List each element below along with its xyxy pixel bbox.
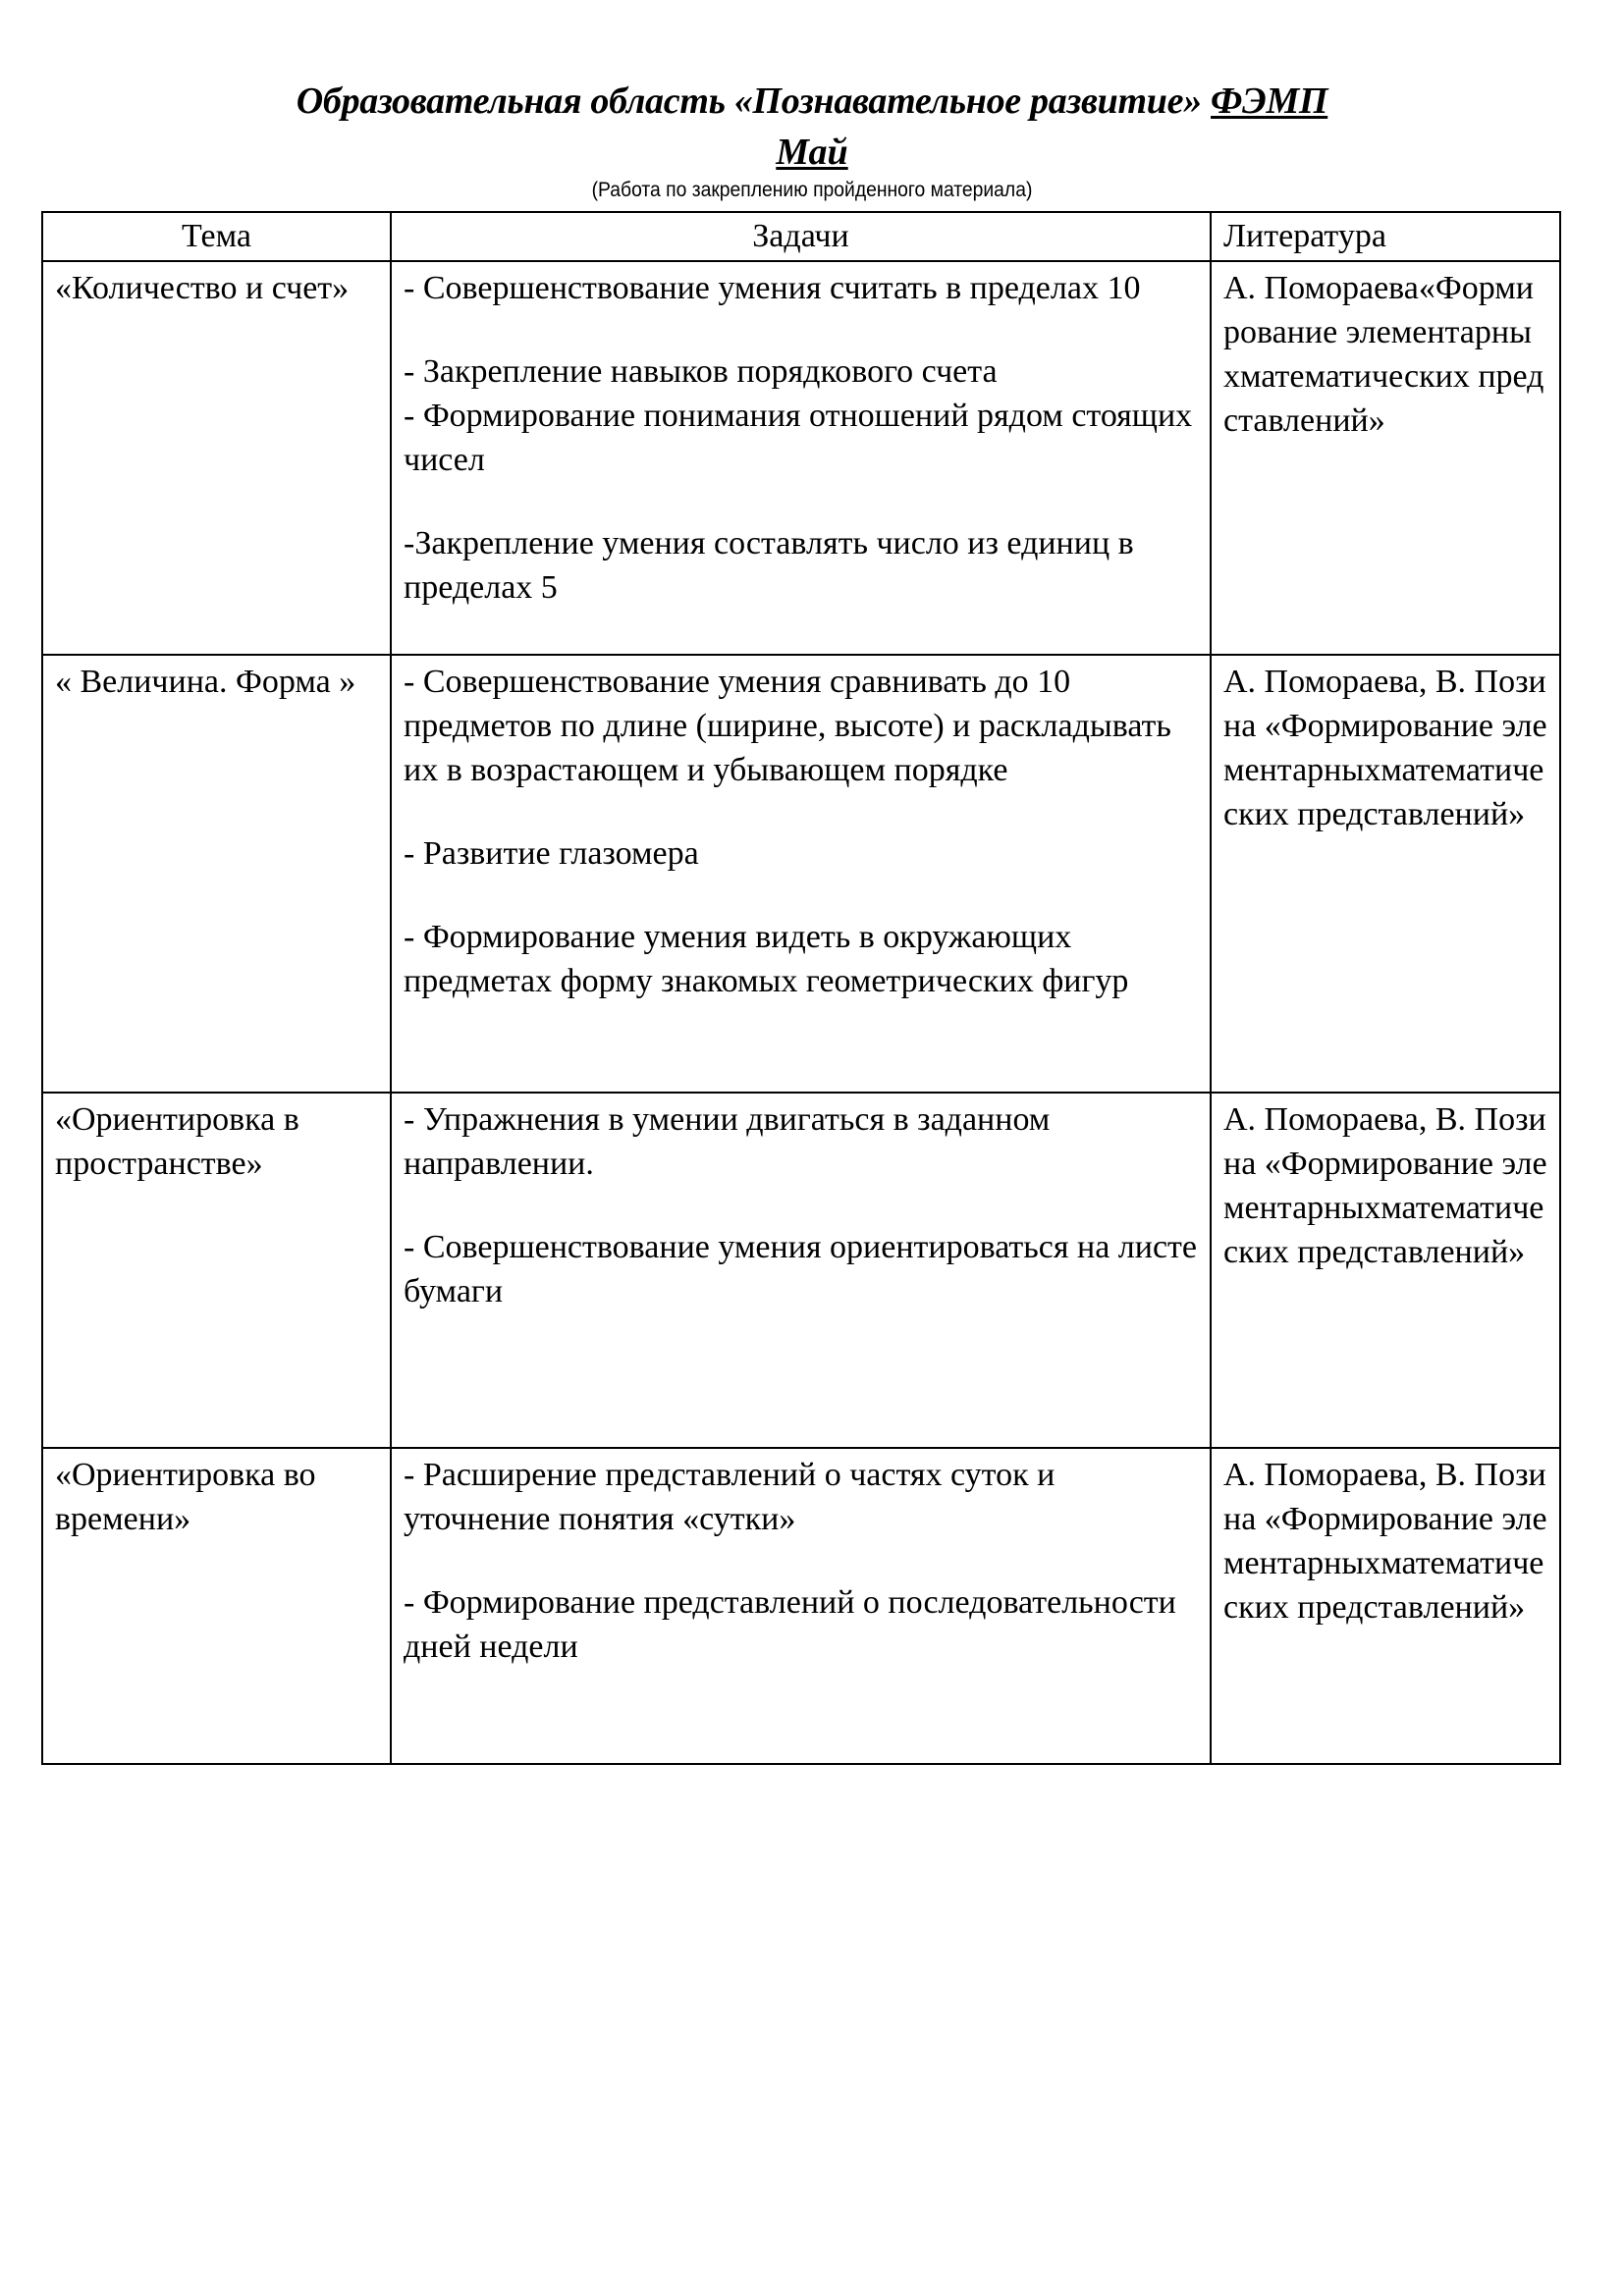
table-row: «Ориентировка в пространстве» - Упражнен… [42,1093,1560,1448]
task-item: - Формирование умения видеть в окружающи… [404,915,1198,1003]
tasks-cell: - Совершенствование умения сравнивать до… [391,655,1211,1093]
title-subject: ФЭМП [1211,80,1327,122]
table-row: «Количество и счет» - Совершенствование … [42,261,1560,655]
topic-cell: «Ориентировка во времени» [42,1448,391,1764]
topic-cell: «Количество и счет» [42,261,391,655]
tasks-cell: - Упражнения в умении двигаться в заданн… [391,1093,1211,1448]
column-header-literature: Литература [1211,212,1560,261]
page-month: Май [0,130,1624,175]
title-main: Образовательная область «Познавательное … [297,80,1202,122]
task-item: -Закрепление умения составлять число из … [404,521,1198,610]
literature-cell: А. Помораева, В. Позина «Формирование эл… [1211,1448,1560,1764]
task-item: - Расширение представлений о частях суто… [404,1453,1198,1541]
task-item: - Упражнения в умении двигаться в заданн… [404,1097,1198,1186]
column-header-tasks: Задачи [391,212,1211,261]
task-item: - Формирование представлений о последова… [404,1580,1198,1669]
topic-cell: «Ориентировка в пространстве» [42,1093,391,1448]
task-item: - Совершенствование умения ориентировать… [404,1225,1198,1313]
column-header-topic: Тема [42,212,391,261]
table-header-row: Тема Задачи Литература [42,212,1560,261]
literature-cell: А. Помораева, В. Позина «Формирование эл… [1211,655,1560,1093]
plan-table: Тема Задачи Литература «Количество и сче… [41,211,1561,1765]
page-subtitle: (Работа по закреплению пройденного матер… [65,178,1559,203]
task-item: - Формирование понимания отношений рядом… [404,394,1198,482]
task-item: - Развитие глазомера [404,831,1198,876]
tasks-cell: - Совершенствование умения считать в пре… [391,261,1211,655]
literature-cell: А. Помораева, В. Позина «Формирование эл… [1211,1093,1560,1448]
table-row: «Ориентировка во времени» - Расширение п… [42,1448,1560,1764]
tasks-cell: - Расширение представлений о частях суто… [391,1448,1211,1764]
literature-cell: А. Помораева«Формирование элементарныхма… [1211,261,1560,655]
task-item: - Закрепление навыков порядкового счета [404,349,1198,394]
task-item: - Совершенствование умения считать в пре… [404,266,1198,310]
table-row: « Величина. Форма » - Совершенствование … [42,655,1560,1093]
page-title: Образовательная область «Познавательное … [0,79,1624,124]
topic-cell: « Величина. Форма » [42,655,391,1093]
task-item: - Совершенствование умения сравнивать до… [404,660,1198,792]
